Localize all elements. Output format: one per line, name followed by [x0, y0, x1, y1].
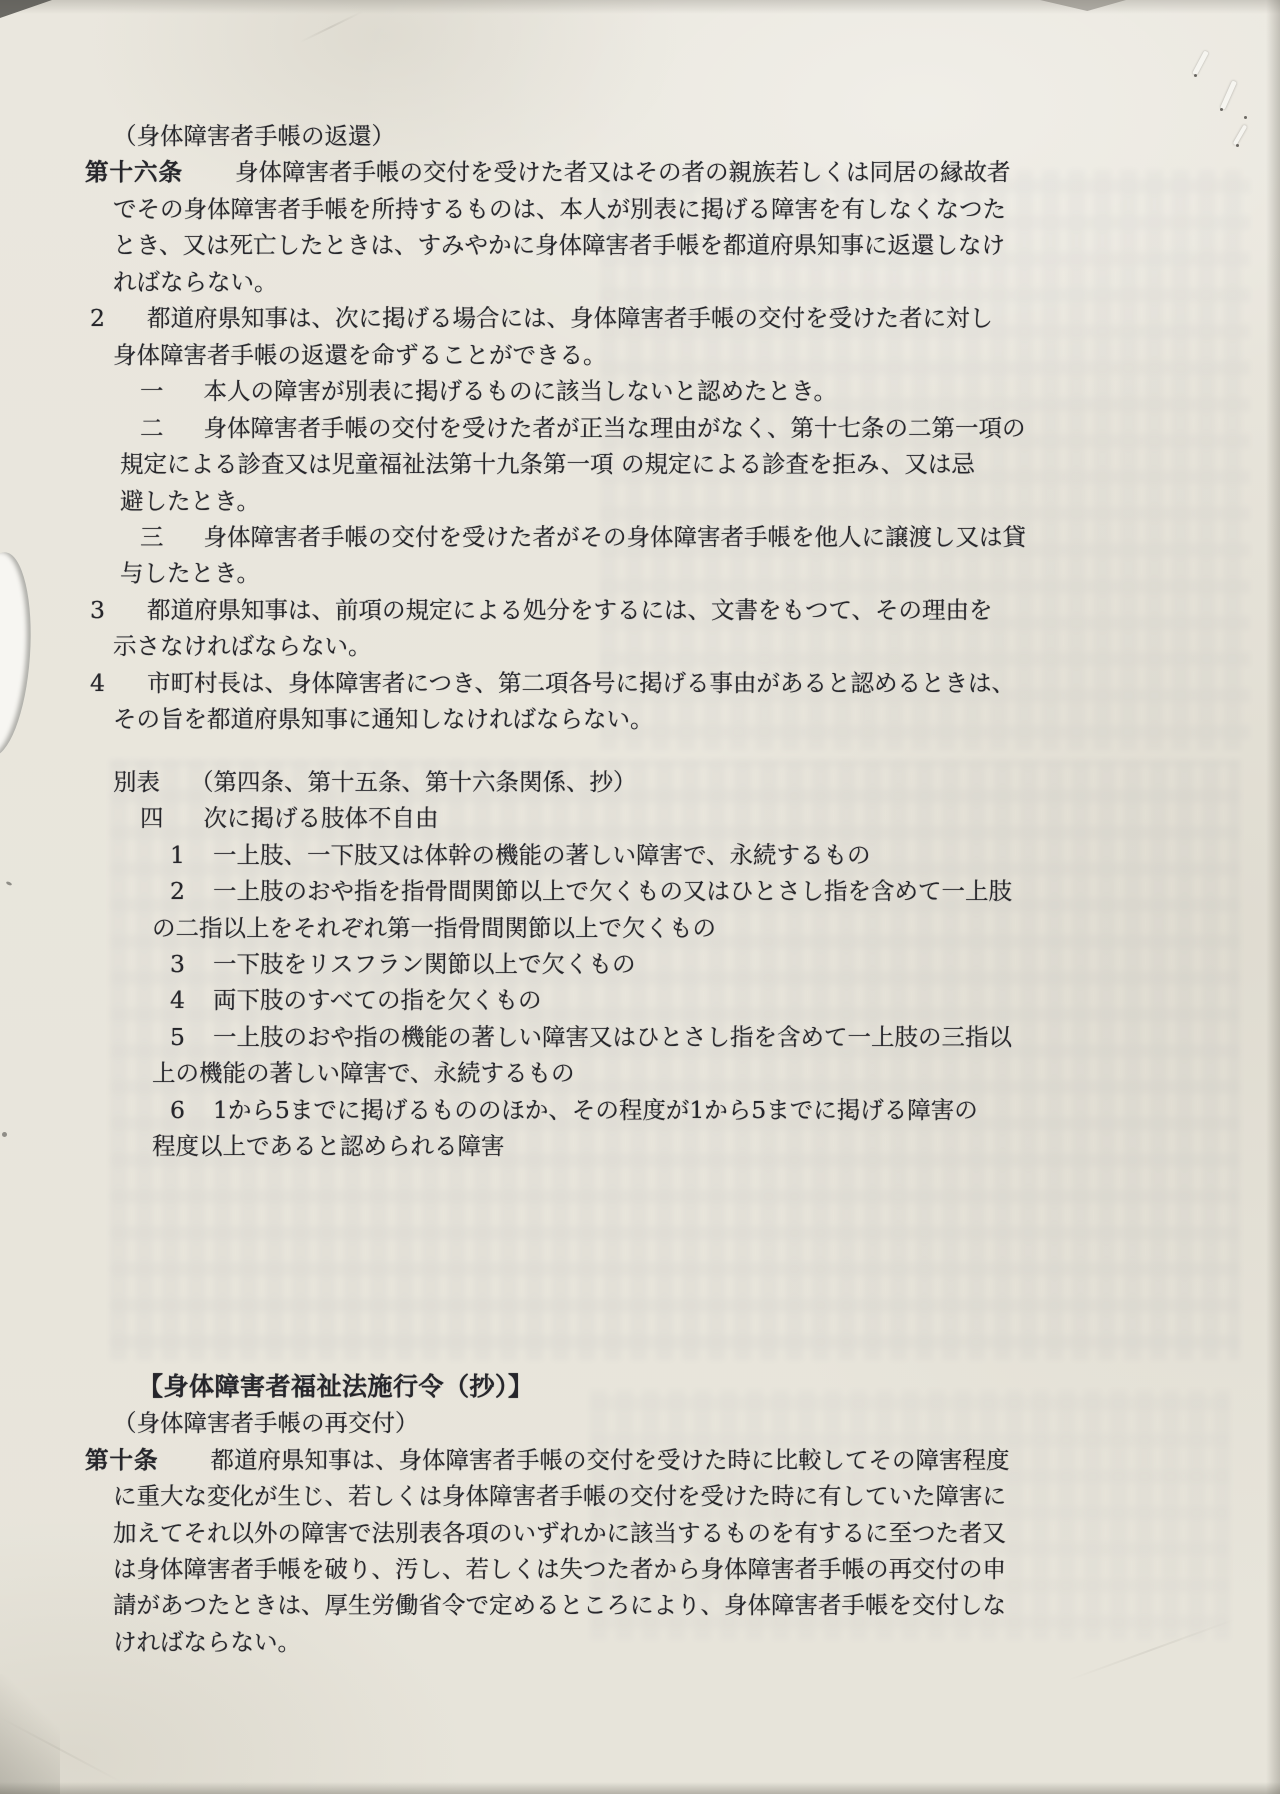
line-text: （身体障害者手帳の再交付） [113, 1409, 419, 1437]
line-text: 示さなければならない。 [113, 632, 372, 660]
line-text: 請があつたときは、厚生労働省令で定めるところにより、身体障害者手帳を交付しな [113, 1591, 1006, 1619]
line-marker: 4 [90, 665, 105, 701]
line-text: 身体障害者手帳の返還を命ずることができる。 [113, 341, 607, 369]
line-text: の二指以上をそれぞれ第一指骨間関節以上で欠くもの [152, 914, 716, 942]
document-text: （身体障害者手帳の返還）第十六条身体障害者手帳の交付を受けた者又はその者の親族若… [0, 0, 1280, 1794]
line-marker: 4 [170, 982, 185, 1018]
text-line: （身体障害者手帳の再交付） [113, 1405, 1280, 1441]
line-text: 上の機能の著しい障害で、永続するもの [152, 1059, 575, 1087]
text-line: 避したとき。 [120, 483, 1280, 519]
line-text: 本人の障害が別表に掲げるものに該当しないと認めたとき。 [204, 377, 838, 405]
line-text: とき、又は死亡したときは、すみやかに身体障害者手帳を都道府県知事に返還しなけ [113, 231, 1005, 259]
line-text: 【身体障害者福祉法施行令（抄）】 [138, 1372, 534, 1401]
line-text: 身体障害者手帳の交付を受けた者が正当な理由がなく、第十七条の二第一項の [204, 414, 1026, 442]
text-line: 規定による診査又は児童福祉法第十九条第一項 の規定による診査を拒み、又は忌 [120, 446, 1280, 482]
line-text: 1から5までに掲げるもののほか、その程度が1から5までに掲げる障害の [213, 1096, 978, 1124]
text-line: 上の機能の著しい障害で、永続するもの [152, 1055, 1280, 1091]
text-line: 請があつたときは、厚生労働省令で定めるところにより、身体障害者手帳を交付しな [113, 1587, 1280, 1623]
line-text: 両下肢のすべての指を欠くもの [213, 986, 542, 1014]
text-line: 三身体障害者手帳の交付を受けた者がその身体障害者手帳を他人に譲渡し又は貸 [140, 519, 1280, 555]
line-marker: 6 [170, 1092, 185, 1128]
text-line: ればならない。 [113, 264, 1280, 300]
line-text: 一上肢のおや指を指骨間関節以上で欠くもの又はひとさし指を含めて一上肢 [213, 877, 1012, 905]
text-line: 身体障害者手帳の返還を命ずることができる。 [113, 337, 1280, 373]
line-marker: 3 [90, 592, 105, 628]
line-text: 市町村長は、身体障害者につき、第二項各号に掲げる事由があると認めるときは、 [147, 669, 1015, 697]
text-line: 四次に掲げる肢体不自由 [140, 800, 1280, 836]
text-line: 2都道府県知事は、次に掲げる場合には、身体障害者手帳の交付を受けた者に対し [90, 300, 1280, 336]
line-marker: 第十六条 [85, 154, 183, 190]
text-line: 4市町村長は、身体障害者につき、第二項各号に掲げる事由があると認めるときは、 [90, 665, 1280, 701]
line-marker: 二 [140, 410, 164, 446]
line-text: でその身体障害者手帳を所持するものは、本人が別表に掲げる障害を有しなくなつた [113, 195, 1006, 223]
text-line: 一本人の障害が別表に掲げるものに該当しないと認めたとき。 [140, 373, 1280, 409]
text-line: 示さなければならない。 [113, 628, 1280, 664]
text-line: 2一上肢のおや指を指骨間関節以上で欠くもの又はひとさし指を含めて一上肢 [170, 873, 1280, 909]
text-line: は身体障害者手帳を破り、汚し、若しくは失つた者から身体障害者手帳の再交付の申 [113, 1551, 1280, 1587]
line-text: ければならない。 [113, 1628, 301, 1656]
line-text: に重大な変化が生じ、若しくは身体障害者手帳の交付を受けた時に有していた障害に [113, 1482, 1006, 1510]
line-text: 次に掲げる肢体不自由 [204, 804, 439, 832]
text-line: 5一上肢のおや指の機能の著しい障害又はひとさし指を含めて一上肢の三指以 [170, 1019, 1280, 1055]
line-text: 規定による診査又は児童福祉法第十九条第一項 の規定による診査を拒み、又は忌 [120, 450, 975, 478]
enforcement-order: 【身体障害者福祉法施行令（抄）】（身体障害者手帳の再交付）第十条都道府県知事は、… [0, 1369, 1280, 1661]
line-text: 与したとき。 [120, 559, 260, 587]
article-16-return-of-certificate: （身体障害者手帳の返還）第十六条身体障害者手帳の交付を受けた者又はその者の親族若… [0, 118, 1280, 738]
line-text: （第四条、第十五条、第十六条関係、抄） [190, 768, 637, 796]
line-text: ればならない。 [113, 268, 278, 296]
line-text: 一上肢、一下肢又は体幹の機能の著しい障害で、永続するもの [213, 841, 871, 869]
text-line: とき、又は死亡したときは、すみやかに身体障害者手帳を都道府県知事に返還しなけ [113, 227, 1280, 263]
text-line: ければならない。 [113, 1624, 1280, 1660]
text-line: 61から5までに掲げるもののほか、その程度が1から5までに掲げる障害の [170, 1092, 1280, 1128]
line-marker: 2 [170, 873, 185, 909]
line-marker: 別表 [113, 764, 160, 800]
text-line: 二身体障害者手帳の交付を受けた者が正当な理由がなく、第十七条の二第一項の [140, 410, 1280, 446]
text-line: 3都道府県知事は、前項の規定による処分をするには、文書をもつて、その理由を [90, 592, 1280, 628]
line-text: 都道府県知事は、身体障害者手帳の交付を受けた時に比較してその障害程度 [211, 1446, 1010, 1474]
line-text: 避したとき。 [120, 487, 260, 515]
line-marker: 3 [170, 946, 185, 982]
line-marker: 三 [140, 519, 164, 555]
line-text: 都道府県知事は、前項の規定による処分をするには、文書をもつて、その理由を [147, 596, 993, 624]
line-text: は身体障害者手帳を破り、汚し、若しくは失つた者から身体障害者手帳の再交付の申 [113, 1555, 1006, 1583]
text-line: に重大な変化が生じ、若しくは身体障害者手帳の交付を受けた時に有していた障害に [113, 1478, 1280, 1514]
line-marker: 5 [170, 1019, 185, 1055]
line-text: 身体障害者手帳の交付を受けた者又はその者の親族若しくは同居の縁故者 [235, 158, 1011, 186]
line-text: 一上肢のおや指の機能の著しい障害又はひとさし指を含めて一上肢の三指以 [213, 1023, 1012, 1051]
text-line: 第十条都道府県知事は、身体障害者手帳の交付を受けた時に比較してその障害程度 [85, 1442, 1280, 1478]
text-line: の二指以上をそれぞれ第一指骨間関節以上で欠くもの [152, 910, 1280, 946]
text-line: その旨を都道府県知事に通知しなければならない。 [113, 701, 1280, 737]
line-text: 一下肢をリスフラン関節以上で欠くもの [213, 950, 636, 978]
line-text: 加えてそれ以外の障害で法別表各項のいずれかに該当するものを有するに至つた者又 [113, 1519, 1006, 1547]
line-text: 程度以上であると認められる障害 [152, 1132, 505, 1160]
line-text: その旨を都道府県知事に通知しなければならない。 [113, 705, 654, 733]
line-marker: 四 [140, 800, 164, 836]
scanned-page: { "colors": { "paper": "#eae7de", "ink":… [0, 0, 1280, 1794]
text-line: 4両下肢のすべての指を欠くもの [170, 982, 1280, 1018]
line-marker: 一 [140, 373, 164, 409]
text-line: 加えてそれ以外の障害で法別表各項のいずれかに該当するものを有するに至つた者又 [113, 1515, 1280, 1551]
text-line: 【身体障害者福祉法施行令（抄）】 [138, 1369, 1280, 1405]
text-line: 第十六条身体障害者手帳の交付を受けた者又はその者の親族若しくは同居の縁故者 [85, 154, 1280, 190]
line-marker: 2 [90, 300, 105, 336]
line-text: 都道府県知事は、次に掲げる場合には、身体障害者手帳の交付を受けた者に対し [147, 304, 993, 332]
appendix-table: 別表（第四条、第十五条、第十六条関係、抄）四次に掲げる肢体不自由1一上肢、一下肢… [0, 764, 1280, 1165]
text-line: 3一下肢をリスフラン関節以上で欠くもの [170, 946, 1280, 982]
line-text: （身体障害者手帳の返還） [113, 122, 395, 150]
text-line: でその身体障害者手帳を所持するものは、本人が別表に掲げる障害を有しなくなつた [113, 191, 1280, 227]
text-line: 1一上肢、一下肢又は体幹の機能の著しい障害で、永続するもの [170, 837, 1280, 873]
line-text: 身体障害者手帳の交付を受けた者がその身体障害者手帳を他人に譲渡し又は貸 [204, 523, 1027, 551]
line-marker: 第十条 [85, 1442, 159, 1478]
text-line: 別表（第四条、第十五条、第十六条関係、抄） [113, 764, 1280, 800]
line-marker: 1 [170, 837, 185, 873]
text-line: （身体障害者手帳の返還） [113, 118, 1280, 154]
text-line: 与したとき。 [120, 555, 1280, 591]
text-line: 程度以上であると認められる障害 [152, 1128, 1280, 1164]
